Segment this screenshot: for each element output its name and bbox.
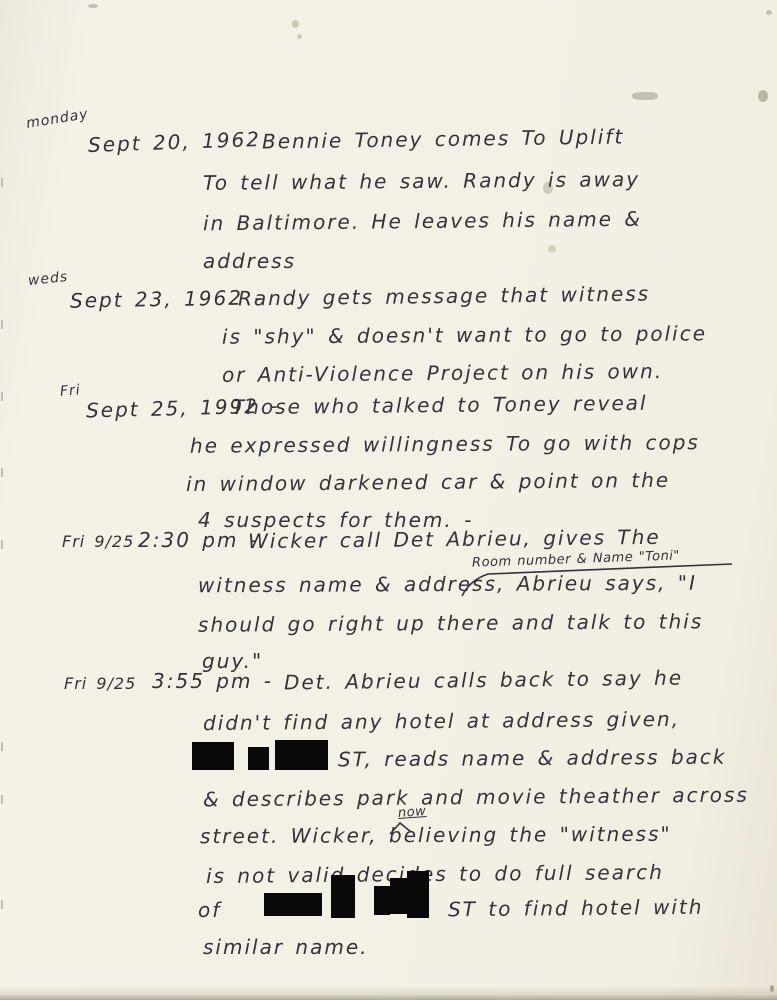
note-line: Det. Abrieu calls back to say he (284, 668, 683, 693)
day-label: Fri 9/25 (64, 676, 136, 692)
note-line: in Baltimore. He leaves his name & (203, 209, 642, 234)
scan-speckle (292, 20, 299, 28)
note-line: didn't find any hotel at address given, (203, 709, 680, 733)
day-label: Fri 9/25 (62, 534, 134, 550)
day-label: weds (27, 270, 68, 288)
note-line: & describes park and movie theather acro… (203, 785, 749, 810)
scan-smudge (758, 90, 768, 102)
note-line: witness name & address, Abrieu says, "I (198, 573, 697, 596)
entry-time: 2:30 pm - (138, 530, 259, 550)
note-line: Bennie Toney comes To Uplift (262, 126, 624, 151)
redaction-block (331, 875, 355, 918)
scanned-note-page: monday Sept 20, 1962 Bennie Toney comes … (0, 0, 777, 1000)
note-line: Randy gets message that witness (238, 283, 650, 308)
scan-smudge (548, 245, 556, 253)
scan-edge-mark (1, 540, 3, 549)
note-line: similar name. (203, 937, 368, 957)
scan-smudge (632, 92, 658, 100)
redaction-block (407, 871, 429, 918)
redaction-block (275, 740, 328, 770)
redaction-block (390, 878, 407, 914)
redaction-block (192, 742, 234, 770)
redaction-block (264, 893, 322, 916)
note-line: ST, reads name & address back (338, 747, 727, 770)
day-label: Fri (59, 383, 81, 399)
note-line: guy." (202, 651, 263, 671)
note-line: he expressed willingness To go with cops (190, 432, 700, 456)
scan-edge-mark (1, 468, 3, 477)
note-line: street. Wicker, believing the "witness" (200, 824, 672, 846)
scan-edge-mark (1, 795, 3, 804)
note-line: or Anti-Violence Project on his own. (222, 361, 663, 385)
scan-edge-mark (1, 742, 3, 751)
note-line: should go right up there and talk to thi… (198, 611, 703, 635)
entry-date: Sept 20, 1962 (88, 129, 262, 155)
note-line: is "shy" & doesn't want to go to police (222, 323, 707, 346)
note-line: ST to find hotel with (448, 897, 704, 920)
note-line: of (198, 900, 221, 920)
inserted-note: now (398, 805, 427, 820)
scan-speckle (297, 34, 302, 39)
scan-speckle (770, 985, 774, 992)
scan-edge-mark (1, 392, 3, 401)
entry-time: 3:55 pm - (152, 671, 273, 691)
note-line: address (203, 251, 296, 271)
scan-edge-mark (1, 178, 3, 187)
scan-edge-mark (1, 900, 3, 909)
note-line: in window darkened car & point on the (186, 470, 670, 494)
note-line: Those who talked to Toney reveal (232, 393, 648, 417)
note-line: To tell what he saw. Randy is away (203, 169, 640, 193)
day-label: monday (25, 107, 89, 131)
note-line: is not valid decides to do full search (206, 862, 664, 886)
redaction-block (374, 886, 390, 915)
scan-edge-mark (1, 320, 3, 329)
redaction-block (248, 747, 269, 770)
scan-speckle (766, 10, 772, 15)
entry-date: Sept 23, 1962 - (70, 287, 264, 310)
scan-speckle (88, 4, 98, 8)
